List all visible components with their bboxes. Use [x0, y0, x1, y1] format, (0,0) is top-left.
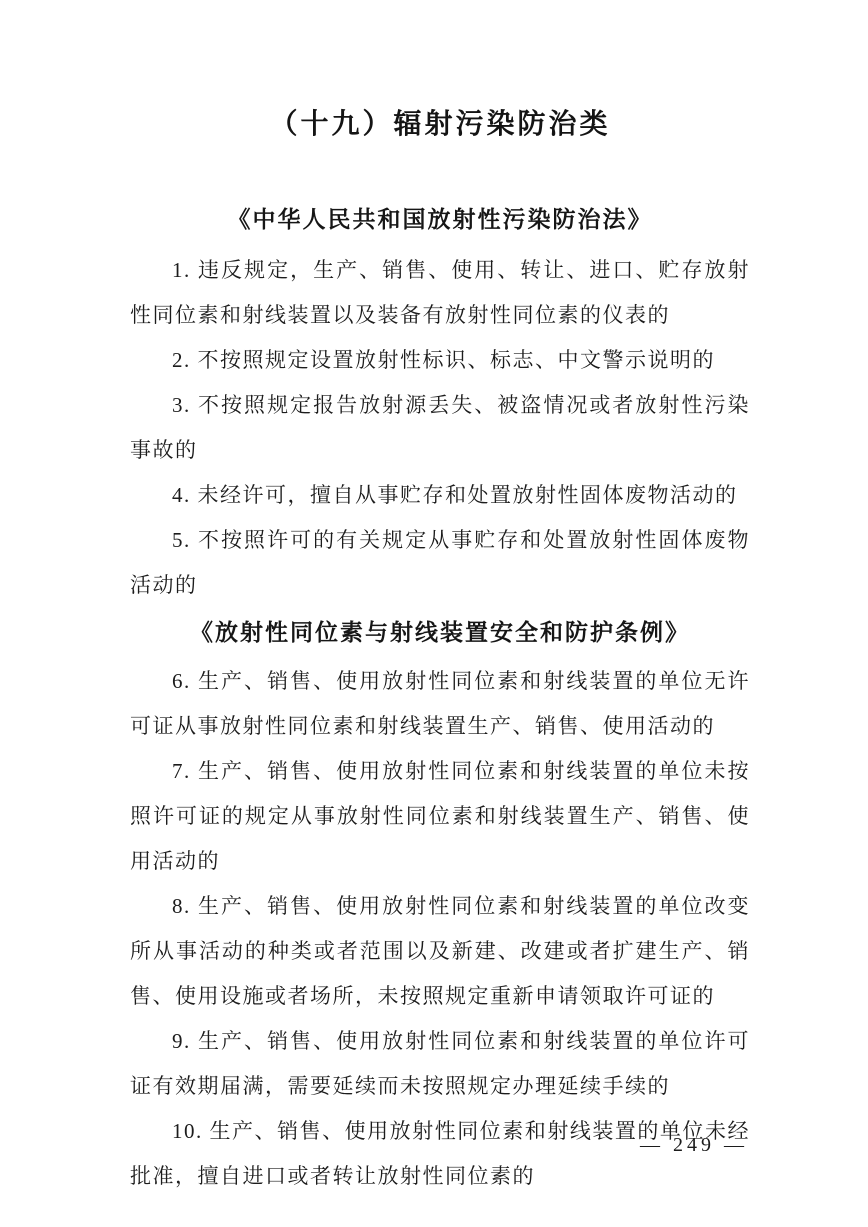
list-item: 6. 生产、销售、使用放射性同位素和射线装置的单位无许可证从事放射性同位素和射线… [130, 659, 750, 749]
list-item: 1. 违反规定，生产、销售、使用、转让、进口、贮存放射性同位素和射线装置以及装备… [130, 248, 750, 338]
list-item: 9. 生产、销售、使用放射性同位素和射线装置的单位许可证有效期届满，需要延续而未… [130, 1019, 750, 1109]
list-item: 3. 不按照规定报告放射源丢失、被盗情况或者放射性污染事故的 [130, 383, 750, 473]
list-item: 8. 生产、销售、使用放射性同位素和射线装置的单位改变所从事活动的种类或者范围以… [130, 884, 750, 1019]
document-content: （十九）辐射污染防治类 《中华人民共和国放射性污染防治法》 1. 违反规定，生产… [130, 0, 750, 1199]
page-number: — 249 — [640, 1134, 748, 1157]
list-item: 4. 未经许可，擅自从事贮存和处置放射性固体废物活动的 [130, 473, 750, 518]
page-title: （十九）辐射污染防治类 [130, 106, 750, 142]
section-heading-radioactive-pollution-law: 《中华人民共和国放射性污染防治法》 [130, 197, 750, 242]
section-heading-isotope-ray-device-regulation: 《放射性同位素与射线装置安全和防护条例》 [130, 610, 750, 655]
list-item: 7. 生产、销售、使用放射性同位素和射线装置的单位未按照许可证的规定从事放射性同… [130, 749, 750, 884]
list-item: 2. 不按照规定设置放射性标识、标志、中文警示说明的 [130, 338, 750, 383]
list-item: 5. 不按照许可的有关规定从事贮存和处置放射性固体废物活动的 [130, 518, 750, 608]
document-page: （十九）辐射污染防治类 《中华人民共和国放射性污染防治法》 1. 违反规定，生产… [0, 0, 868, 1227]
